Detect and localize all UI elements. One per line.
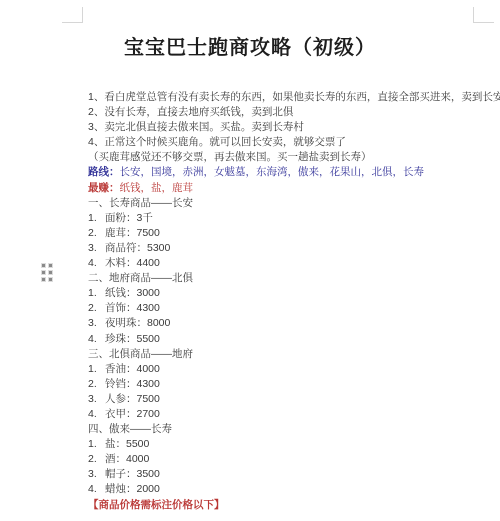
- item-text: 香油：4000: [105, 363, 160, 375]
- item-number: 2.: [88, 226, 105, 241]
- item-row: 4.蜡烛：2000: [88, 482, 500, 497]
- item-row: 2.首饰：4300: [88, 301, 500, 316]
- item-row: 1.盐：5500: [88, 437, 500, 452]
- item-text: 鹿茸：7500: [105, 227, 160, 239]
- text-boundary-mark-top-left-icon: [62, 7, 83, 23]
- item-number: 1.: [88, 286, 105, 301]
- intro-line: 1、看白虎堂总管有没有卖长寿的东西，如果他卖长寿的东西，直接全部买进来，卖到长安: [88, 90, 500, 105]
- section-heading: 三、北俱商品——地府: [88, 347, 500, 362]
- page-title: 宝宝巴士跑商攻略（初级）: [0, 31, 500, 60]
- drag-dot: [42, 264, 45, 267]
- item-text: 商品符：5300: [105, 242, 170, 254]
- section-heading: 一、长寿商品——长安: [88, 196, 500, 211]
- item-text: 首饰：4300: [105, 302, 160, 314]
- drag-dot: [42, 271, 45, 274]
- item-row: 2.鹿茸：7500: [88, 226, 500, 241]
- item-row: 3.商品符：5300: [88, 241, 500, 256]
- item-row: 4.珍珠：5500: [88, 332, 500, 347]
- route-value: 长安，国境，赤洲，女魃墓，东海湾，傲来，花果山，北俱，长寿: [120, 166, 425, 178]
- item-number: 3.: [88, 316, 105, 331]
- item-row: 1.香油：4000: [88, 362, 500, 377]
- item-text: 珍珠：5500: [105, 333, 160, 345]
- intro-line: 4、正常这个时候买鹿角。就可以回长安卖，就够交票了: [88, 135, 500, 150]
- drag-dot: [42, 278, 45, 281]
- item-text: 人参：7500: [105, 393, 160, 405]
- price-note: 【商品价格需标注价格以下】: [88, 498, 500, 513]
- document-page: 宝宝巴士跑商攻略（初级） 1、看白虎堂总管有没有卖长寿的东西，如果他卖长寿的东西…: [0, 0, 500, 521]
- drag-dot: [49, 278, 52, 281]
- section-heading: 四、傲来——长寿: [88, 422, 500, 437]
- item-text: 酒：4000: [105, 453, 149, 465]
- best-profit-line: 最赚：纸钱，盐，鹿茸: [88, 181, 500, 196]
- item-text: 衣甲：2700: [105, 408, 160, 420]
- drag-dot: [49, 264, 52, 267]
- item-row: 3.人参：7500: [88, 392, 500, 407]
- item-number: 4.: [88, 407, 105, 422]
- drag-dot: [49, 271, 52, 274]
- item-row: 3.帽子：3500: [88, 467, 500, 482]
- route-line: 路线：长安，国境，赤洲，女魃墓，东海湾，傲来，花果山，北俱，长寿: [88, 165, 500, 180]
- item-text: 纸钱：3000: [105, 287, 160, 299]
- item-text: 蜡烛：2000: [105, 483, 160, 495]
- item-text: 帽子：3500: [105, 468, 160, 480]
- item-text: 木料：4400: [105, 257, 160, 269]
- route-label: 路线：: [88, 166, 120, 178]
- item-number: 1.: [88, 362, 105, 377]
- item-number: 4.: [88, 332, 105, 347]
- item-number: 3.: [88, 467, 105, 482]
- item-text: 夜明珠：8000: [105, 317, 170, 329]
- best-profit-label: 最赚：: [88, 182, 120, 194]
- intro-line: 2、没有长寿，直接去地府买纸钱，卖到北俱: [88, 105, 500, 120]
- intro-line: （买鹿茸感觉还不够交票，再去傲来国。买一趟盐卖到长寿）: [88, 150, 500, 165]
- item-number: 3.: [88, 392, 105, 407]
- item-text: 面粉：3千: [105, 212, 153, 224]
- best-profit-value: 纸钱，盐，鹿茸: [120, 182, 194, 194]
- item-text: 盐：5500: [105, 438, 149, 450]
- item-row: 4.衣甲：2700: [88, 407, 500, 422]
- intro-line: 3、卖完北俱直接去傲来国。买盐。卖到长寿村: [88, 120, 500, 135]
- document-body: 1、看白虎堂总管有没有卖长寿的东西，如果他卖长寿的东西，直接全部买进来，卖到长安…: [88, 90, 500, 513]
- item-text: 铃铛：4300: [105, 378, 160, 390]
- item-row: 2.酒：4000: [88, 452, 500, 467]
- item-row: 1.纸钱：3000: [88, 286, 500, 301]
- item-row: 1.面粉：3千: [88, 211, 500, 226]
- section-heading: 二、地府商品——北俱: [88, 271, 500, 286]
- item-number: 2.: [88, 452, 105, 467]
- item-number: 2.: [88, 301, 105, 316]
- item-row: 2.铃铛：4300: [88, 377, 500, 392]
- item-number: 4.: [88, 482, 105, 497]
- item-number: 1.: [88, 211, 105, 226]
- item-row: 3.夜明珠：8000: [88, 316, 500, 331]
- item-number: 3.: [88, 241, 105, 256]
- paragraph-drag-handle-icon[interactable]: [42, 264, 52, 281]
- item-number: 2.: [88, 377, 105, 392]
- item-number: 1.: [88, 437, 105, 452]
- item-number: 4.: [88, 256, 105, 271]
- text-boundary-mark-top-right-icon: [473, 7, 494, 23]
- item-row: 4.木料：4400: [88, 256, 500, 271]
